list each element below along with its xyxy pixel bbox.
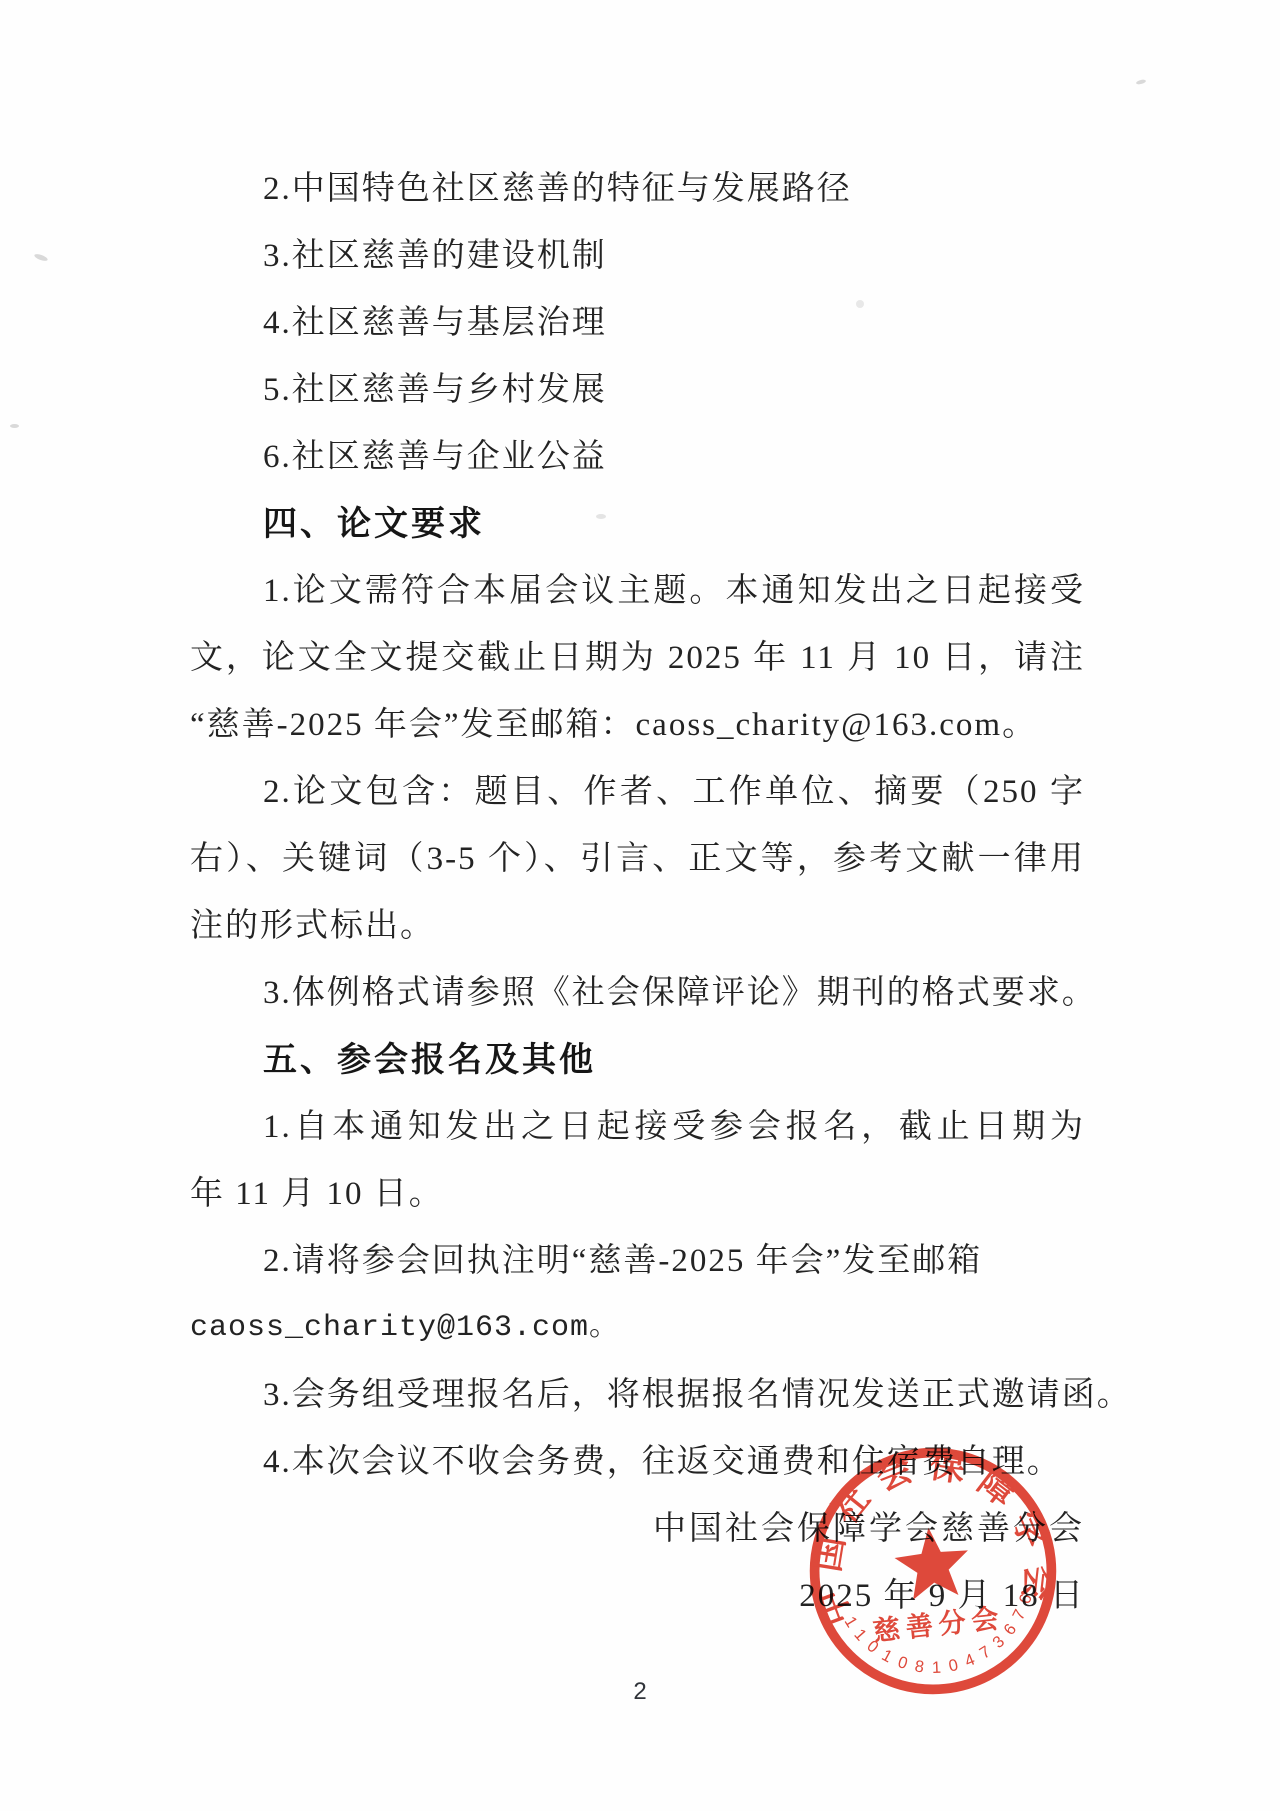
document-line: 四、论文要求 — [190, 491, 1085, 558]
document-line: caoss_charity@163.com。 — [190, 1295, 1085, 1362]
document-line: 5.社区慈善与乡村发展 — [190, 357, 1085, 424]
star-icon — [892, 1524, 973, 1602]
document-page: 2.中国特色社区慈善的特征与发展路径3.社区慈善的建设机制4.社区慈善与基层治理… — [0, 0, 1280, 1811]
document-line: 右）、关键词（3-5 个）、引言、正文等，参考文献一律用 脚 — [190, 826, 1085, 893]
scan-artifact — [1136, 79, 1147, 85]
document-line: 6.社区慈善与企业公益 — [190, 424, 1085, 491]
document-line: 3.体例格式请参照《社会保障评论》期刊的格式要求。 — [190, 960, 1085, 1027]
document-line: 注的形式标出。 — [190, 893, 1085, 960]
official-seal: 中国社会保障学会 慈善分会 11010810473676 — [789, 1427, 1077, 1715]
document-line: 1.自本通知发出之日起接受参会报名，截止日期为 2025 — [190, 1094, 1085, 1161]
document-line: 五、参会报名及其他 — [190, 1027, 1085, 1094]
document-line: 1.论文需符合本届会议主题。本通知发出之日起接受征 — [190, 558, 1085, 625]
document-line: 文，论文全文提交截止日期为 2025 年 11 月 10 日，请注明 — [190, 625, 1085, 692]
scan-artifact — [34, 253, 49, 262]
document-line: 3.社区慈善的建设机制 — [190, 223, 1085, 290]
document-line: 2.论文包含：题目、作者、工作单位、摘要（250 字左 — [190, 759, 1085, 826]
scan-artifact — [856, 300, 864, 308]
document-line: 2.中国特色社区慈善的特征与发展路径 — [190, 156, 1085, 223]
document-body: 2.中国特色社区慈善的特征与发展路径3.社区慈善的建设机制4.社区慈善与基层治理… — [190, 156, 1085, 1630]
document-line: 2.请将参会回执注明“慈善-2025 年会”发至邮箱 — [190, 1228, 1085, 1295]
scan-artifact — [596, 514, 606, 519]
document-line: “慈善-2025 年会”发至邮箱：caoss_charity@163.com。 — [190, 692, 1085, 759]
document-line: 3.会务组受理报名后，将根据报名情况发送正式邀请函。 — [190, 1362, 1085, 1429]
document-line: 年 11 月 10 日。 — [190, 1161, 1085, 1228]
document-line: 4.社区慈善与基层治理 — [190, 290, 1085, 357]
scan-artifact — [10, 424, 19, 428]
seal-branch-text: 慈善分会 — [871, 1602, 1005, 1647]
page-number: 2 — [620, 1678, 660, 1706]
